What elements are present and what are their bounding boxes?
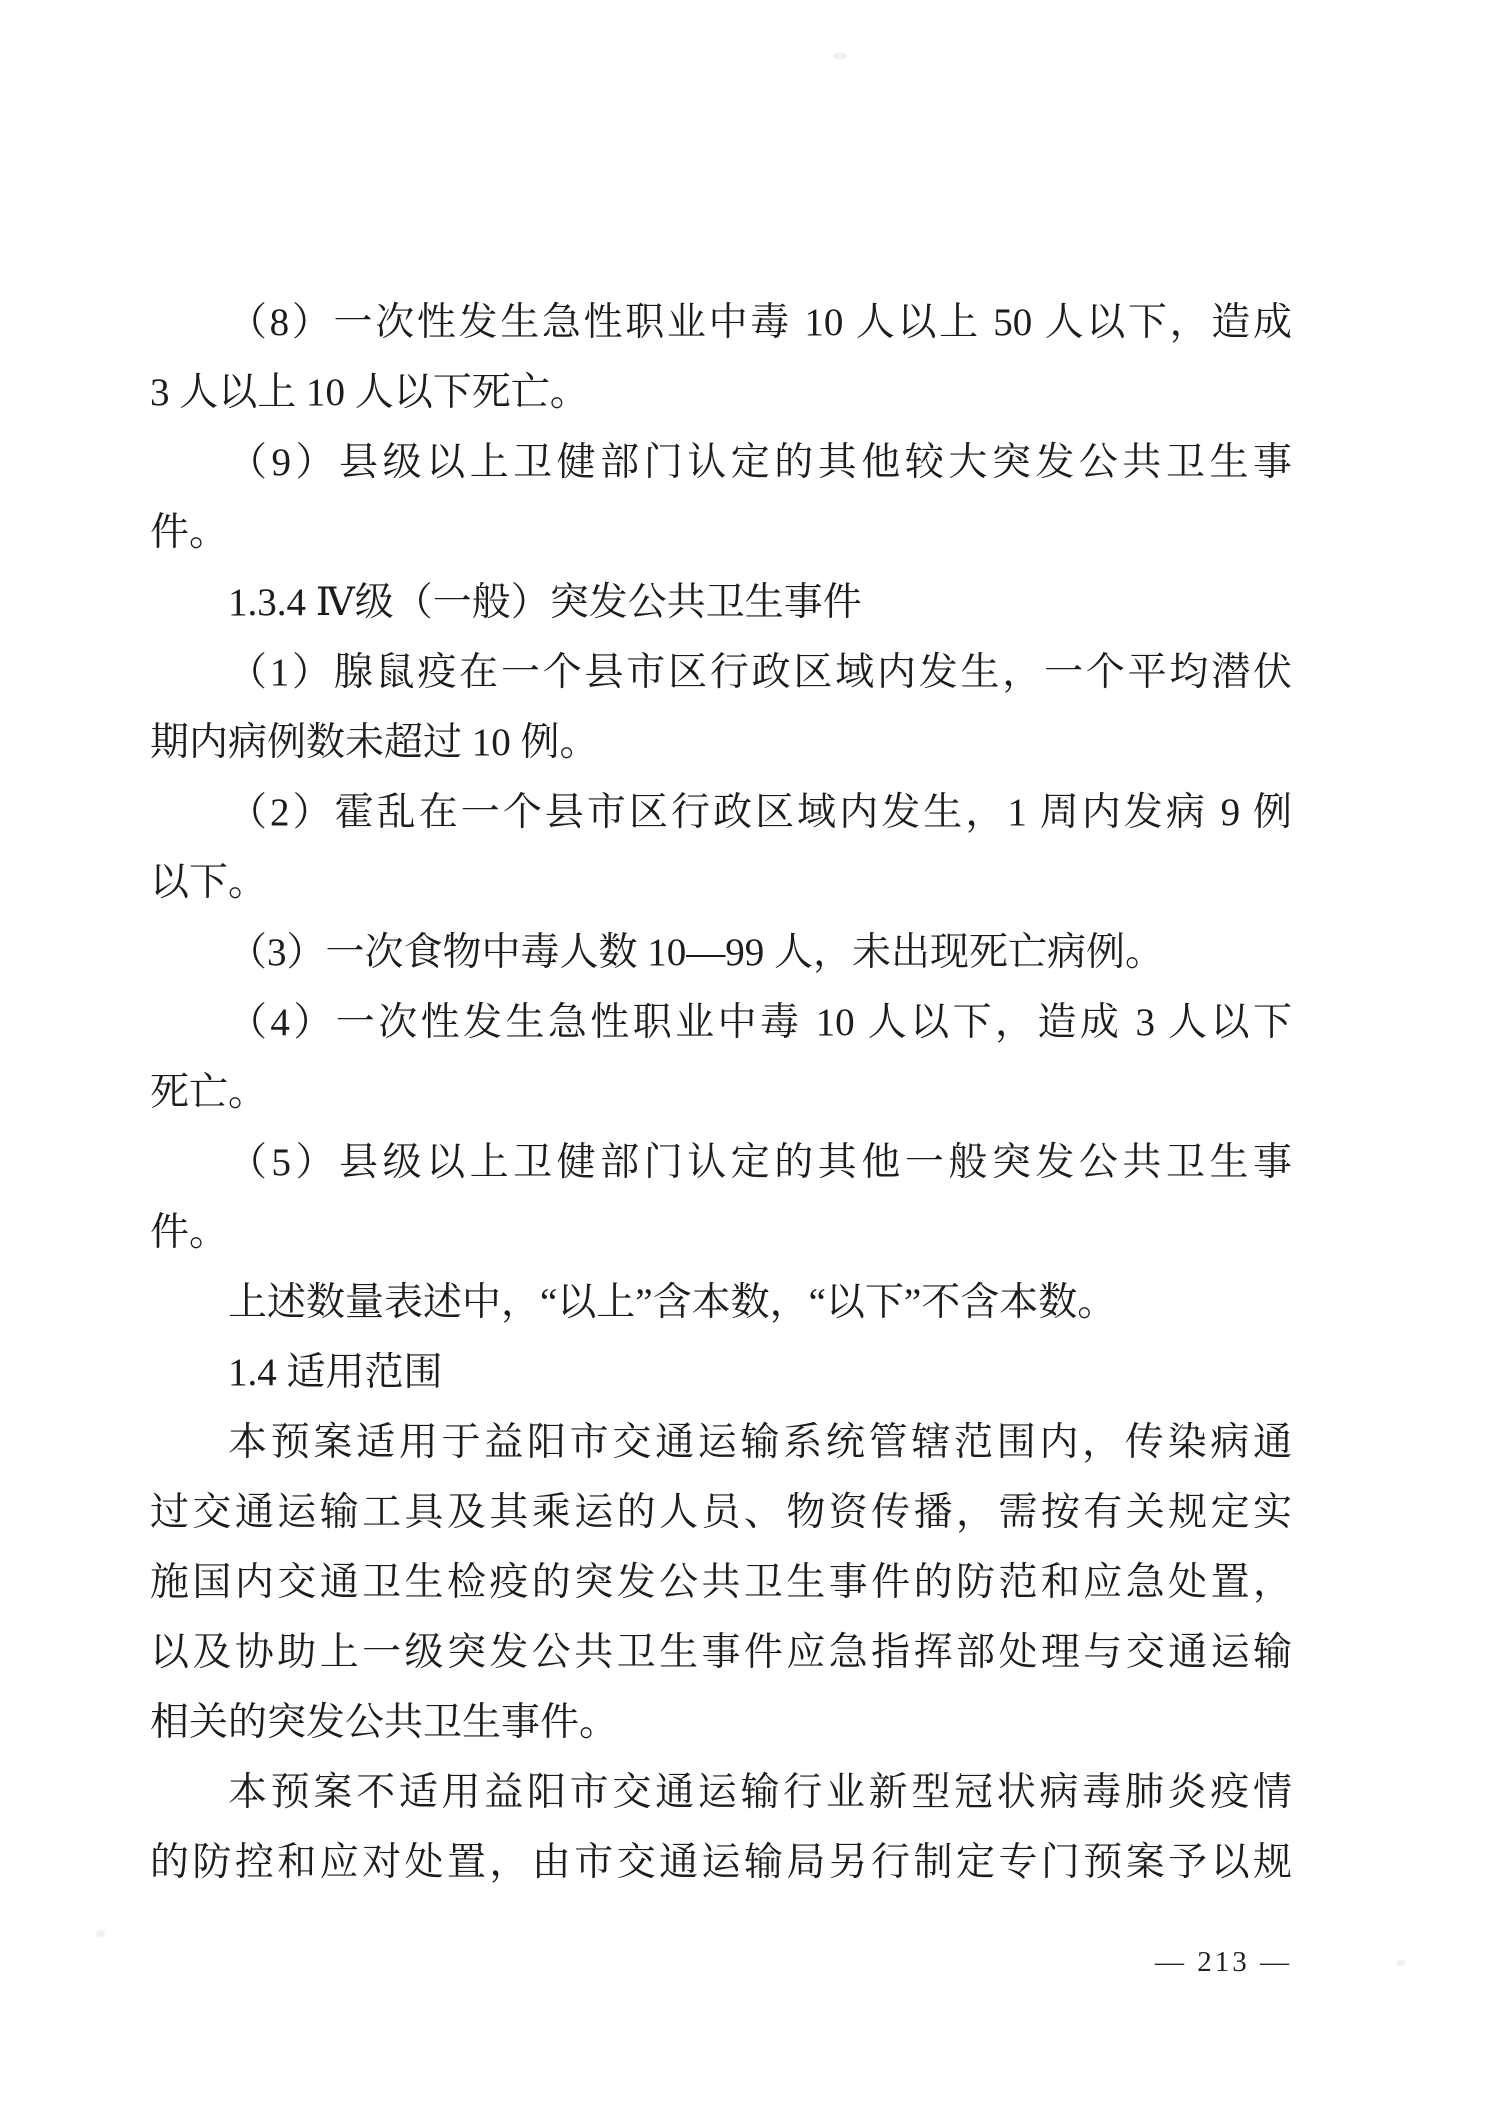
text-line: 件。	[150, 1198, 1292, 1268]
section-heading-1-3-4: 1.3.4 Ⅳ级（一般）突发公共卫生事件	[150, 568, 1292, 638]
text-line: 期内病例数未超过 10 例。	[150, 708, 1292, 778]
document-body: （8）一次性发生急性职业中毒 10 人以上 50 人以下，造成 3 人以上 10…	[150, 288, 1292, 1898]
text-line: （2）霍乱在一个县市区行政区域内发生，1 周内发病 9 例	[150, 778, 1292, 848]
scan-noise-speck	[833, 52, 847, 60]
text-line: 过交通运输工具及其乘运的人员、物资传播，需按有关规定实	[150, 1478, 1292, 1548]
text-line: 以及协助上一级突发公共卫生事件应急指挥部处理与交通运输	[150, 1618, 1292, 1688]
text-line: 本预案适用于益阳市交通运输系统管辖范围内，传染病通	[150, 1408, 1292, 1478]
text-line: 相关的突发公共卫生事件。	[150, 1688, 1292, 1758]
text-line: 上述数量表述中，“以上”含本数，“以下”不含本数。	[150, 1268, 1292, 1338]
text-line: （4）一次性发生急性职业中毒 10 人以下，造成 3 人以下	[150, 988, 1292, 1058]
text-line: （8）一次性发生急性职业中毒 10 人以上 50 人以下，造成	[150, 288, 1292, 358]
text-line: 死亡。	[150, 1058, 1292, 1128]
text-line: （1）腺鼠疫在一个县市区行政区域内发生，一个平均潜伏	[150, 638, 1292, 708]
section-heading-1-4: 1.4 适用范围	[150, 1338, 1292, 1408]
text-line: 3 人以上 10 人以下死亡。	[150, 358, 1292, 428]
text-line: 件。	[150, 498, 1292, 568]
text-line: 施国内交通卫生检疫的突发公共卫生事件的防范和应急处置，	[150, 1548, 1292, 1618]
text-line: （9）县级以上卫健部门认定的其他较大突发公共卫生事	[150, 428, 1292, 498]
text-line: 以下。	[150, 848, 1292, 918]
text-line: （3）一次食物中毒人数 10—99 人，未出现死亡病例。	[150, 918, 1292, 988]
scan-noise-speck	[96, 1930, 105, 1937]
text-line: 的防控和应对处置，由市交通运输局另行制定专门预案予以规	[150, 1828, 1292, 1898]
scan-noise-speck	[1396, 1960, 1406, 1966]
text-line: （5）县级以上卫健部门认定的其他一般突发公共卫生事	[150, 1128, 1292, 1198]
page-number: — 213 —	[1155, 1945, 1292, 1979]
document-page: （8）一次性发生急性职业中毒 10 人以上 50 人以下，造成 3 人以上 10…	[0, 0, 1488, 2105]
text-line: 本预案不适用益阳市交通运输行业新型冠状病毒肺炎疫情	[150, 1758, 1292, 1828]
